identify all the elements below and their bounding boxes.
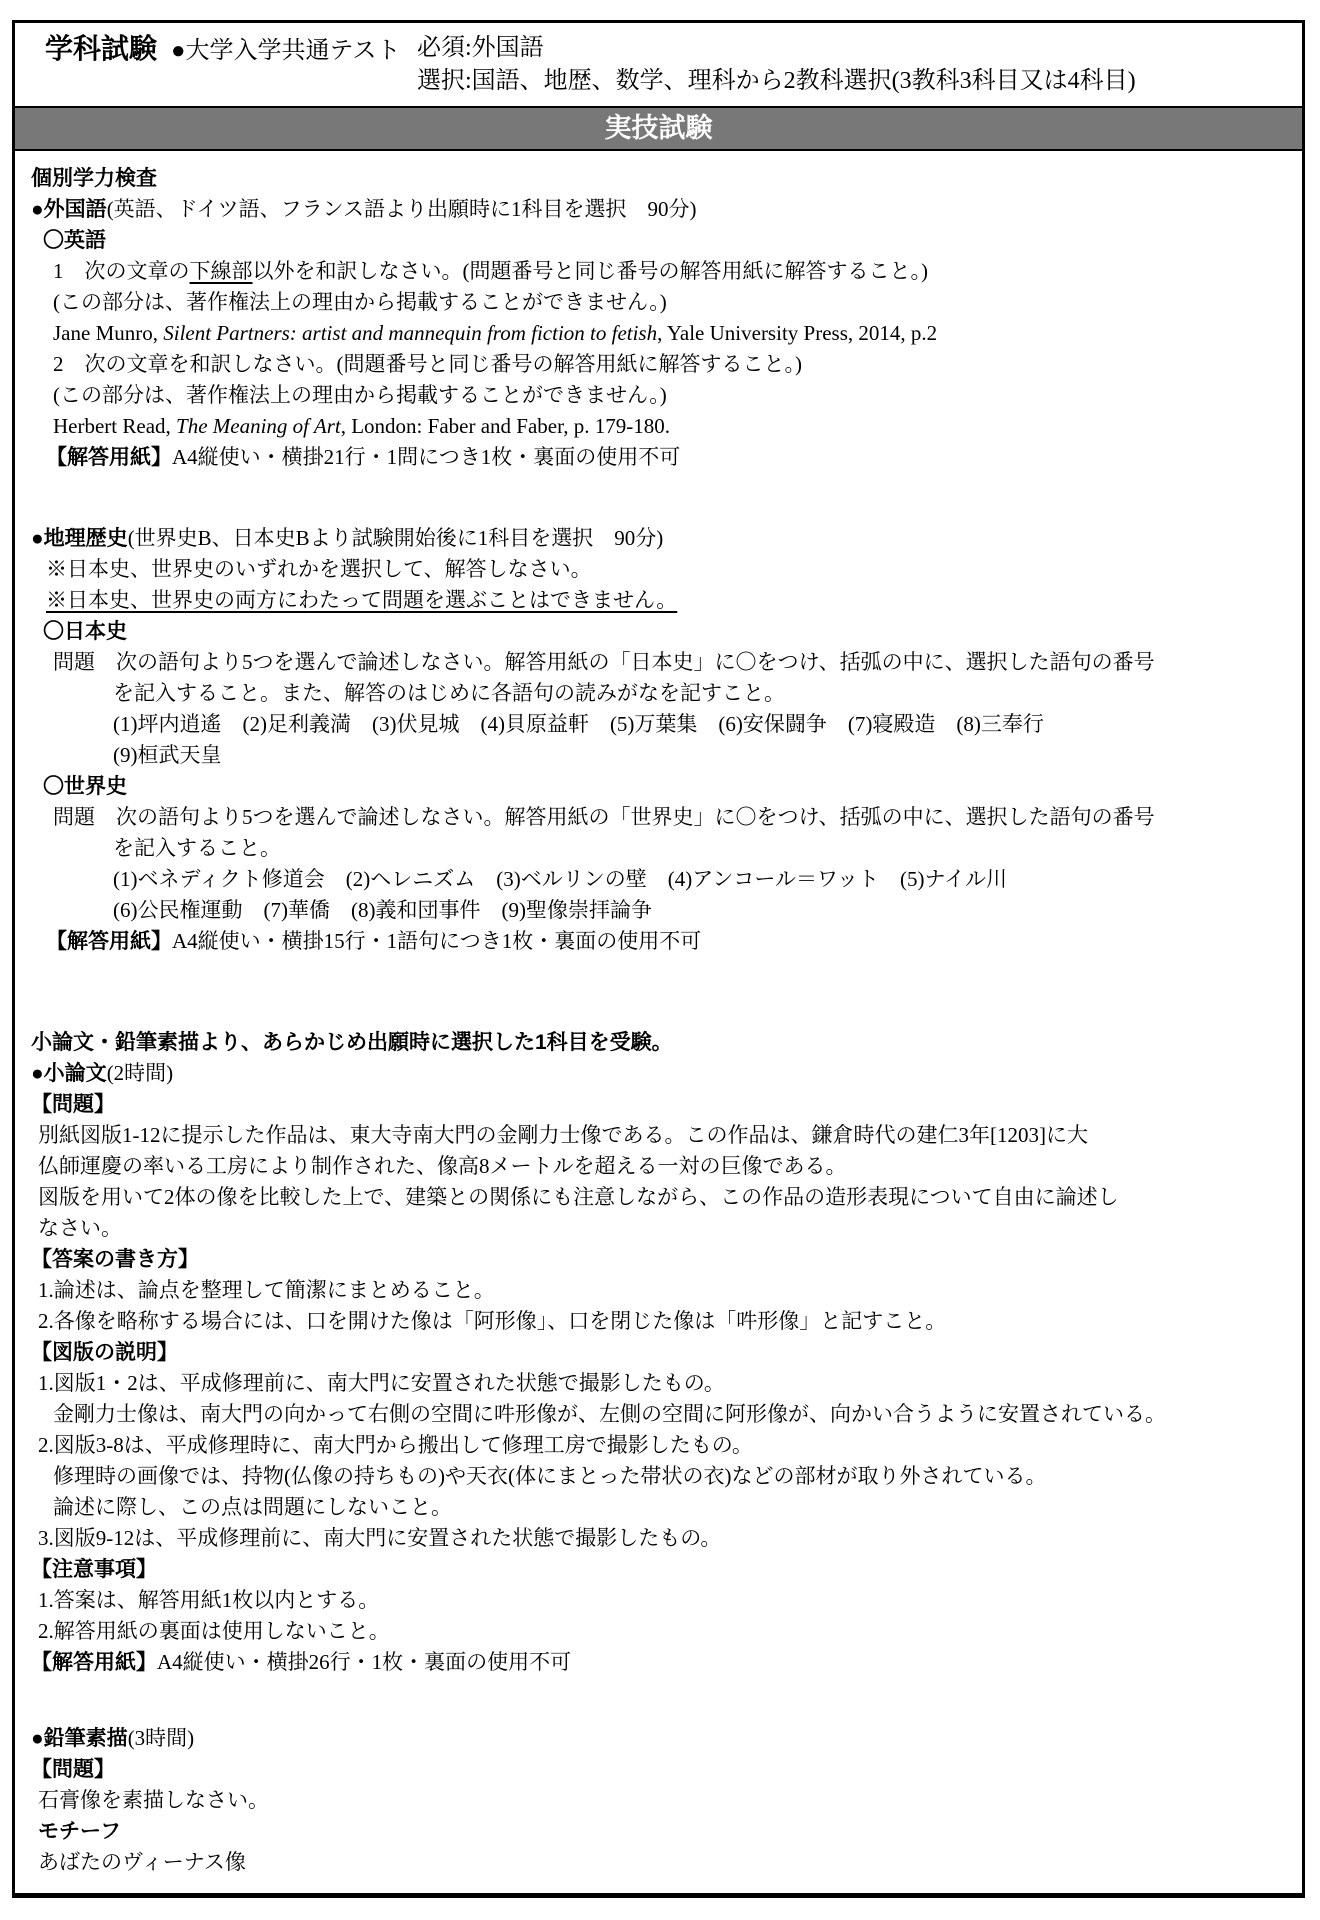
- plates-desc-2-cont-2: 論述に際し、この点は問題にしないこと。: [28, 1492, 1298, 1523]
- text-segment: 修理時の画像では、持物(仏像の持ちもの)や天衣(体にまとった帯状の衣)などの部材…: [53, 1464, 1047, 1488]
- text-segment: (1)坪内逍遙 (2)足利義満 (3)伏見城 (4)貝原益軒 (5)万葉集 (6…: [113, 712, 1044, 736]
- text-segment: あばたのヴィーナス像: [38, 1850, 246, 1874]
- text-segment: を記入すること。: [113, 836, 281, 860]
- academic-exam-header-left: 学科試験 ●大学入学共通テスト: [45, 32, 417, 68]
- text-segment: A4縦使い・横掛21行・1問につき1枚・裏面の使用不可: [172, 445, 680, 469]
- text-segment: 1.図版1・2は、平成修理前に、南大門に安置された状態で撮影したもの。: [38, 1371, 725, 1395]
- text-segment: 問題 次の語句より5つを選んで論述しなさい。解答用紙の「世界史」に〇をつけ、括弧…: [53, 805, 1155, 829]
- text-segment: (2時間): [107, 1061, 174, 1085]
- text-segment: 個別学力検査: [31, 167, 157, 190]
- text-segment: 以外を和訳しなさい。(問題番号と同じ番号の解答用紙に解答すること。): [253, 259, 928, 283]
- text-segment: 【解答用紙】: [31, 1651, 157, 1674]
- text-segment: 【注意事項】: [31, 1558, 157, 1581]
- practical-exam-band: 実技試験: [15, 108, 1302, 151]
- text-segment: 〇世界史: [43, 775, 127, 798]
- text-segment: 問題 次の語句より5つを選んで論述しなさい。解答用紙の「日本史」に〇をつけ、括弧…: [53, 650, 1155, 674]
- text-segment: ※日本史、世界史の両方にわたって問題を選ぶことはできません。: [46, 588, 677, 612]
- plates-desc-2-cont-1: 修理時の画像では、持物(仏像の持ちもの)や天衣(体にまとった帯状の衣)などの部材…: [28, 1461, 1298, 1492]
- common-test-label: ●大学入学共通テスト: [171, 34, 401, 68]
- english-heading: 〇英語: [28, 225, 1298, 256]
- text-segment: ●鉛筆素描: [31, 1727, 128, 1750]
- text-segment: 1.答案は、解答用紙1枚以内とする。: [38, 1588, 379, 1612]
- text-segment: 石膏像を素描しなさい。: [38, 1788, 269, 1812]
- text-segment: Silent Partners: artist and mannequin fr…: [163, 321, 657, 345]
- text-segment: ※日本史、世界史のいずれかを選択して、解答しなさい。: [46, 557, 592, 581]
- english-question-2: 2 次の文章を和訳しなさい。(問題番号と同じ番号の解答用紙に解答すること。): [28, 349, 1298, 380]
- spacer: [28, 957, 1298, 1027]
- text-segment: (6)公民権運動 (7)華僑 (8)義和団事件 (9)聖像崇拝論争: [113, 898, 652, 922]
- citation-read: Herbert Read, The Meaning of Art, London…: [28, 411, 1298, 442]
- essay-writing-rule-2: 2.各像を略称する場合には、口を開けた像は「阿形像」、口を閉じた像は「吽形像」と…: [28, 1306, 1298, 1337]
- citation-munro: Jane Munro, Silent Partners: artist and …: [28, 318, 1298, 349]
- essay-problem-text-4: なさい。: [28, 1213, 1298, 1244]
- text-segment: 別紙図版1-12に提示した作品は、東大寺南大門の金剛力士像である。この作品は、鎌…: [38, 1123, 1088, 1147]
- text-segment: 【問題】: [31, 1093, 115, 1116]
- text-segment: 【問題】: [31, 1758, 115, 1781]
- geo-note-2: ※日本史、世界史の両方にわたって問題を選ぶことはできません。: [28, 585, 1298, 616]
- text-segment: 【答案の書き方】: [31, 1248, 199, 1271]
- caution-1: 1.答案は、解答用紙1枚以内とする。: [28, 1585, 1298, 1616]
- text-segment: (この部分は、著作権法上の理由から掲載することができません。): [53, 290, 667, 314]
- text-segment: (この部分は、著作権法上の理由から掲載することができません。): [53, 383, 667, 407]
- world-history-heading: 〇世界史: [28, 771, 1298, 802]
- essay-problem-text-1: 別紙図版1-12に提示した作品は、東大寺南大門の金剛力士像である。この作品は、鎌…: [28, 1120, 1298, 1151]
- japanese-history-question: 問題 次の語句より5つを選んで論述しなさい。解答用紙の「日本史」に〇をつけ、括弧…: [28, 647, 1298, 678]
- copyright-note: (この部分は、著作権法上の理由から掲載することができません。): [28, 380, 1298, 411]
- answer-sheet-note-history: 【解答用紙】A4縦使い・横掛15行・1語句につき1枚・裏面の使用不可: [28, 926, 1298, 957]
- foreign-language-heading: ●外国語(英語、ドイツ語、フランス語より出願時に1科目を選択 90分): [28, 194, 1298, 225]
- text-segment: 〇英語: [43, 229, 106, 252]
- answer-sheet-note-english: 【解答用紙】A4縦使い・横掛21行・1問につき1枚・裏面の使用不可: [28, 442, 1298, 473]
- japanese-history-heading: 〇日本史: [28, 616, 1298, 647]
- essay-writing-rules-heading: 【答案の書き方】: [28, 1244, 1298, 1275]
- copyright-note: (この部分は、著作権法上の理由から掲載することができません。): [28, 287, 1298, 318]
- text-segment: (3時間): [128, 1726, 195, 1750]
- text-segment: 下線部: [190, 259, 253, 283]
- cautions-heading: 【注意事項】: [28, 1554, 1298, 1585]
- text-segment: ●地理歴史: [31, 527, 128, 550]
- plates-desc-1-cont: 金剛力士像は、南大門の向かって右側の空間に吽形像が、左側の空間に阿形像が、向かい…: [28, 1399, 1298, 1430]
- exam-info-sheet: 学科試験 ●大学入学共通テスト 必須:外国語 選択:国語、地歴、数学、理科から2…: [12, 20, 1305, 1898]
- text-segment: 2 次の文章を和訳しなさい。(問題番号と同じ番号の解答用紙に解答すること。): [53, 352, 802, 376]
- plates-desc-1: 1.図版1・2は、平成修理前に、南大門に安置された状態で撮影したもの。: [28, 1368, 1298, 1399]
- geo-note-1: ※日本史、世界史のいずれかを選択して、解答しなさい。: [28, 554, 1298, 585]
- essay-problem-text-2: 仏師運慶の率いる工房により制作された、像高8メートルを超える一対の巨像である。: [28, 1151, 1298, 1182]
- essay-drawing-selection-note: 小論文・鉛筆素描より、あらかじめ出願時に選択した1科目を受験。: [28, 1027, 1298, 1058]
- text-segment: 〇日本史: [43, 620, 127, 643]
- text-segment: ●外国語: [31, 198, 107, 221]
- text-segment: 金剛力士像は、南大門の向かって右側の空間に吽形像が、左側の空間に阿形像が、向かい…: [53, 1402, 1166, 1426]
- drawing-problem-heading: 【問題】: [28, 1754, 1298, 1785]
- answer-sheet-note-essay: 【解答用紙】A4縦使い・横掛26行・1枚・裏面の使用不可: [28, 1647, 1298, 1678]
- japanese-history-terms-1: (1)坪内逍遙 (2)足利義満 (3)伏見城 (4)貝原益軒 (5)万葉集 (6…: [28, 709, 1298, 740]
- text-segment: (世界史B、日本史Bより試験開始後に1科目を選択 90分): [128, 526, 664, 550]
- text-segment: 小論文・鉛筆素描より、あらかじめ出願時に選択した1科目を受験。: [31, 1031, 673, 1054]
- text-segment: 論述に際し、この点は問題にしないこと。: [53, 1495, 452, 1519]
- text-segment: Herbert Read,: [53, 414, 176, 438]
- japanese-history-terms-2: (9)桓武天皇: [28, 740, 1298, 771]
- text-segment: 1.論述は、論点を整理して簡潔にまとめること。: [38, 1278, 495, 1302]
- world-history-question: 問題 次の語句より5つを選んで論述しなさい。解答用紙の「世界史」に〇をつけ、括弧…: [28, 802, 1298, 833]
- text-segment: 仏師運慶の率いる工房により制作された、像高8メートルを超える一対の巨像である。: [38, 1154, 847, 1178]
- text-segment: A4縦使い・横掛15行・1語句につき1枚・裏面の使用不可: [172, 929, 701, 953]
- world-history-terms-2: (6)公民権運動 (7)華僑 (8)義和団事件 (9)聖像崇拝論争: [28, 895, 1298, 926]
- text-segment: 【解答用紙】: [46, 930, 172, 953]
- text-segment: 2.各像を略称する場合には、口を開けた像は「阿形像」、口を閉じた像は「吽形像」と…: [38, 1309, 946, 1333]
- world-history-question-cont: を記入すること。: [28, 833, 1298, 864]
- text-segment: なさい。: [38, 1216, 122, 1240]
- drawing-problem-text: 石膏像を素描しなさい。: [28, 1785, 1298, 1816]
- text-segment: 2.解答用紙の裏面は使用しないこと。: [38, 1619, 390, 1643]
- text-segment: Jane Munro,: [53, 321, 163, 345]
- text-segment: 2.図版3-8は、平成修理時に、南大門から搬出して修理工房で撮影したもの。: [38, 1433, 753, 1457]
- text-segment: The Meaning of Art: [176, 414, 341, 438]
- individual-exam-heading: 個別学力検査: [28, 163, 1298, 194]
- world-history-terms-1: (1)ベネディクト修道会 (2)ヘレニズム (3)ベルリンの壁 (4)アンコール…: [28, 864, 1298, 895]
- geography-history-heading: ●地理歴史(世界史B、日本史Bより試験開始後に1科目を選択 90分): [28, 523, 1298, 554]
- text-segment: 1 次の文章の: [53, 259, 190, 283]
- plates-desc-2: 2.図版3-8は、平成修理時に、南大門から搬出して修理工房で撮影したもの。: [28, 1430, 1298, 1461]
- text-segment: (英語、ドイツ語、フランス語より出願時に1科目を選択 90分): [107, 197, 697, 221]
- academic-exam-header-right: 必須:外国語 選択:国語、地歴、数学、理科から2教科選択(3教科3科目又は4科目…: [417, 32, 1136, 98]
- text-segment: モチーフ: [38, 1820, 121, 1843]
- academic-exam-title: 学科試験: [45, 32, 157, 66]
- english-question-1: 1 次の文章の下線部以外を和訳しなさい。(問題番号と同じ番号の解答用紙に解答する…: [28, 256, 1298, 287]
- text-segment: 【解答用紙】: [46, 446, 172, 469]
- document-body: 個別学力検査●外国語(英語、ドイツ語、フランス語より出願時に1科目を選択 90分…: [15, 151, 1302, 1878]
- academic-exam-header: 学科試験 ●大学入学共通テスト 必須:外国語 選択:国語、地歴、数学、理科から2…: [15, 23, 1302, 108]
- essay-problem-heading: 【問題】: [28, 1089, 1298, 1120]
- elective-subjects-line: 選択:国語、地歴、数学、理科から2教科選択(3教科3科目又は4科目): [417, 65, 1136, 98]
- text-segment: (1)ベネディクト修道会 (2)ヘレニズム (3)ベルリンの壁 (4)アンコール…: [113, 867, 1007, 891]
- essay-heading: ●小論文(2時間): [28, 1058, 1298, 1089]
- plates-description-heading: 【図版の説明】: [28, 1337, 1298, 1368]
- pencil-drawing-heading: ●鉛筆素描(3時間): [28, 1723, 1298, 1754]
- text-segment: 【図版の説明】: [31, 1341, 178, 1364]
- essay-writing-rule-1: 1.論述は、論点を整理して簡潔にまとめること。: [28, 1275, 1298, 1306]
- text-segment: 図版を用いて2体の像を比較した上で、建築との関係にも注意しながら、この作品の造形…: [38, 1185, 1119, 1209]
- text-segment: 3.図版9-12は、平成修理前に、南大門に安置された状態で撮影したもの。: [38, 1526, 721, 1550]
- japanese-history-question-cont: を記入すること。また、解答のはじめに各語句の読みがなを記すこと。: [28, 678, 1298, 709]
- text-segment: (9)桓武天皇: [113, 743, 222, 767]
- caution-2: 2.解答用紙の裏面は使用しないこと。: [28, 1616, 1298, 1647]
- essay-problem-text-3: 図版を用いて2体の像を比較した上で、建築との関係にも注意しながら、この作品の造形…: [28, 1182, 1298, 1213]
- plates-desc-3: 3.図版9-12は、平成修理前に、南大門に安置された状態で撮影したもの。: [28, 1523, 1298, 1554]
- text-segment: ●小論文: [31, 1062, 107, 1085]
- text-segment: A4縦使い・横掛26行・1枚・裏面の使用不可: [157, 1650, 571, 1674]
- text-segment: , Yale University Press, 2014, p.2: [657, 321, 937, 345]
- spacer: [28, 473, 1298, 523]
- practical-exam-band-title: 実技試験: [605, 113, 713, 143]
- text-segment: を記入すること。また、解答のはじめに各語句の読みがなを記すこと。: [113, 681, 785, 705]
- text-segment: , London: Faber and Faber, p. 179-180.: [341, 414, 670, 438]
- motif-heading: モチーフ: [28, 1816, 1298, 1847]
- motif-text: あばたのヴィーナス像: [28, 1847, 1298, 1878]
- spacer: [28, 1678, 1298, 1723]
- required-subjects-line: 必須:外国語: [417, 32, 1136, 65]
